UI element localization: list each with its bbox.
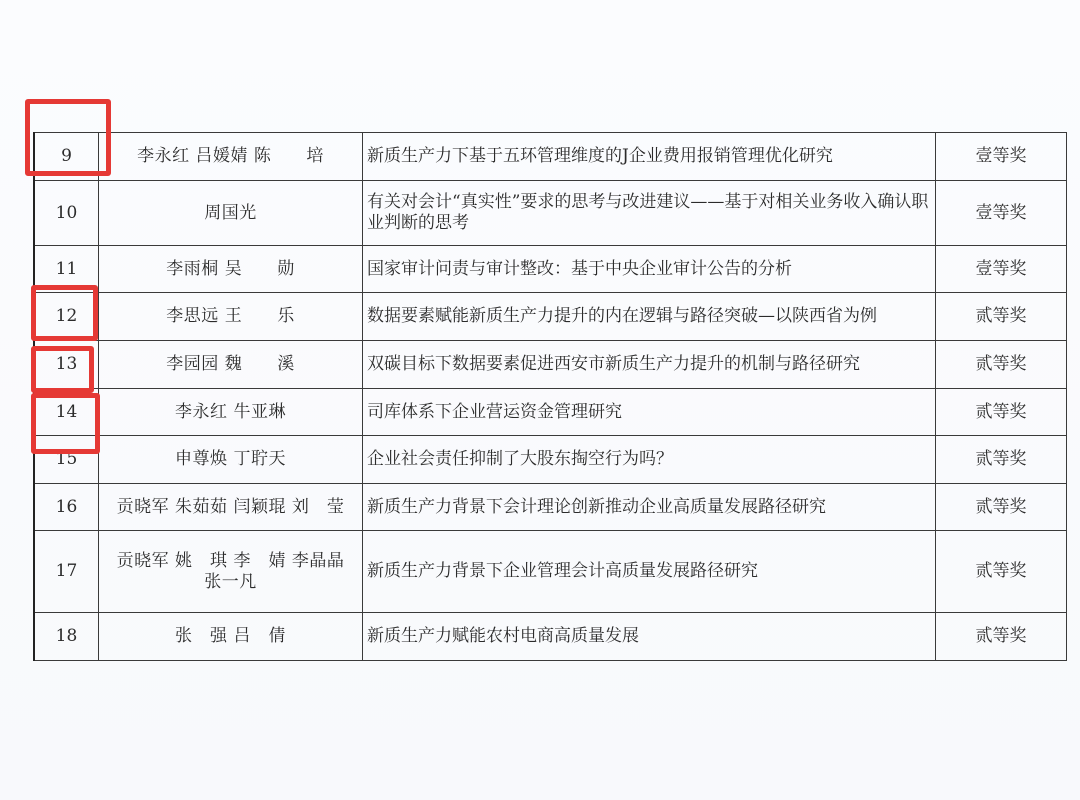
award-level: 贰等奖 [976, 402, 1027, 422]
author-names: 周国光 [99, 203, 362, 224]
row-number-cell: 18 [34, 613, 99, 661]
author-names: 李思远 王 乐 [99, 306, 362, 327]
row-number-cell: 16 [34, 484, 99, 531]
title-cell: 新质生产力下基于五环管理维度的J企业费用报销管理优化研究 [363, 133, 936, 181]
authors-cell: 周国光 [99, 181, 363, 246]
award-level: 壹等奖 [976, 146, 1027, 166]
table-row: 11 李雨桐 吴 勋 国家审计问责与审计整改：基于中央企业审计公告的分析 壹等奖 [34, 246, 1067, 293]
award-level: 贰等奖 [976, 626, 1027, 646]
author-names: 李雨桐 吴 勋 [99, 259, 362, 280]
paper-title: 新质生产力背景下会计理论创新推动企业高质量发展路径研究 [367, 497, 826, 517]
award-cell: 贰等奖 [936, 484, 1067, 531]
table-row: 9 李永红 吕媛婧 陈 培 新质生产力下基于五环管理维度的J企业费用报销管理优化… [34, 133, 1067, 181]
row-number: 11 [56, 259, 78, 279]
authors-cell: 李思远 王 乐 [99, 293, 363, 341]
row-number: 9 [61, 146, 72, 166]
authors-cell: 贡晓军 朱茹茹 闫颖琨 刘 莹 [99, 484, 363, 531]
paper-title: 国家审计问责与审计整改：基于中央企业审计公告的分析 [367, 259, 792, 279]
award-cell: 贰等奖 [936, 531, 1067, 613]
title-cell: 国家审计问责与审计整改：基于中央企业审计公告的分析 [363, 246, 936, 293]
award-level: 壹等奖 [976, 259, 1027, 279]
author-names: 张 强 吕 倩 [99, 626, 362, 647]
title-cell: 新质生产力背景下企业管理会计高质量发展路径研究 [363, 531, 936, 613]
title-cell: 司库体系下企业营运资金管理研究 [363, 389, 936, 436]
authors-cell: 李园园 魏 溪 [99, 341, 363, 389]
author-names: 李园园 魏 溪 [99, 354, 362, 375]
title-cell: 数据要素赋能新质生产力提升的内在逻辑与路径突破—以陕西省为例 [363, 293, 936, 341]
row-number-cell: 13 [34, 341, 99, 389]
award-cell: 贰等奖 [936, 389, 1067, 436]
table-row: 18 张 强 吕 倩 新质生产力赋能农村电商高质量发展 贰等奖 [34, 613, 1067, 661]
row-number: 18 [56, 626, 78, 646]
document-page: 9 李永红 吕媛婧 陈 培 新质生产力下基于五环管理维度的J企业费用报销管理优化… [0, 0, 1080, 800]
table-row: 15 申尊焕 丁聍天 企业社会责任抑制了大股东掏空行为吗？ 贰等奖 [34, 436, 1067, 484]
title-cell: 企业社会责任抑制了大股东掏空行为吗？ [363, 436, 936, 484]
award-level: 贰等奖 [976, 497, 1027, 517]
author-names: 贡晓军 姚 琪 李 婧 李晶晶 [99, 551, 362, 572]
award-cell: 壹等奖 [936, 133, 1067, 181]
author-names: 李永红 牛亚琳 [99, 402, 362, 423]
row-number: 13 [56, 354, 78, 374]
award-cell: 壹等奖 [936, 246, 1067, 293]
paper-title: 数据要素赋能新质生产力提升的内在逻辑与路径突破—以陕西省为例 [367, 306, 877, 326]
award-cell: 贰等奖 [936, 436, 1067, 484]
row-number-cell: 11 [34, 246, 99, 293]
author-names: 张一凡 [99, 572, 362, 593]
authors-cell: 申尊焕 丁聍天 [99, 436, 363, 484]
paper-title: 双碳目标下数据要素促进西安市新质生产力提升的机制与路径研究 [367, 354, 860, 374]
award-cell: 贰等奖 [936, 341, 1067, 389]
table-row: 13 李园园 魏 溪 双碳目标下数据要素促进西安市新质生产力提升的机制与路径研究… [34, 341, 1067, 389]
row-number: 12 [56, 306, 78, 326]
author-names: 李永红 吕媛婧 陈 培 [99, 146, 362, 167]
row-number: 16 [56, 497, 78, 517]
author-names: 贡晓军 朱茹茹 闫颖琨 刘 莹 [99, 497, 362, 518]
title-cell: 有关对会计“真实性”要求的思考与改进建议——基于对相关业务收入确认职业判断的思考 [363, 181, 936, 246]
award-level: 贰等奖 [976, 306, 1027, 326]
authors-cell: 李永红 吕媛婧 陈 培 [99, 133, 363, 181]
row-number-cell: 15 [34, 436, 99, 484]
title-cell: 新质生产力赋能农村电商高质量发展 [363, 613, 936, 661]
title-cell: 双碳目标下数据要素促进西安市新质生产力提升的机制与路径研究 [363, 341, 936, 389]
paper-title: 新质生产力下基于五环管理维度的J企业费用报销管理优化研究 [367, 146, 833, 166]
award-level: 壹等奖 [976, 203, 1027, 223]
paper-title: 新质生产力赋能农村电商高质量发展 [367, 626, 639, 646]
paper-title: 新质生产力背景下企业管理会计高质量发展路径研究 [367, 561, 758, 581]
award-level: 贰等奖 [976, 449, 1027, 469]
table-row: 12 李思远 王 乐 数据要素赋能新质生产力提升的内在逻辑与路径突破—以陕西省为… [34, 293, 1067, 341]
title-cell: 新质生产力背景下会计理论创新推动企业高质量发展路径研究 [363, 484, 936, 531]
row-number-cell: 14 [34, 389, 99, 436]
row-number-cell: 12 [34, 293, 99, 341]
table-row: 16 贡晓军 朱茹茹 闫颖琨 刘 莹 新质生产力背景下会计理论创新推动企业高质量… [34, 484, 1067, 531]
authors-cell: 李雨桐 吴 勋 [99, 246, 363, 293]
row-number: 17 [56, 561, 78, 581]
row-number-cell: 9 [34, 133, 99, 181]
paper-title: 司库体系下企业营运资金管理研究 [367, 402, 622, 422]
row-number: 14 [56, 402, 78, 422]
row-number: 10 [56, 203, 78, 223]
authors-cell: 张 强 吕 倩 [99, 613, 363, 661]
awards-table: 9 李永红 吕媛婧 陈 培 新质生产力下基于五环管理维度的J企业费用报销管理优化… [33, 132, 1067, 661]
awards-table-body: 9 李永红 吕媛婧 陈 培 新质生产力下基于五环管理维度的J企业费用报销管理优化… [34, 133, 1067, 661]
table-row: 14 李永红 牛亚琳 司库体系下企业营运资金管理研究 贰等奖 [34, 389, 1067, 436]
paper-title: 企业社会责任抑制了大股东掏空行为吗？ [367, 449, 673, 469]
row-number-cell: 10 [34, 181, 99, 246]
paper-title: 有关对会计“真实性”要求的思考与改进建议——基于对相关业务收入确认职业判断的思考 [367, 192, 928, 233]
award-cell: 壹等奖 [936, 181, 1067, 246]
authors-cell: 李永红 牛亚琳 [99, 389, 363, 436]
award-cell: 贰等奖 [936, 613, 1067, 661]
authors-cell: 贡晓军 姚 琪 李 婧 李晶晶张一凡 [99, 531, 363, 613]
row-number-cell: 17 [34, 531, 99, 613]
award-cell: 贰等奖 [936, 293, 1067, 341]
award-level: 贰等奖 [976, 561, 1027, 581]
award-level: 贰等奖 [976, 354, 1027, 374]
table-row: 17 贡晓军 姚 琪 李 婧 李晶晶张一凡 新质生产力背景下企业管理会计高质量发… [34, 531, 1067, 613]
row-number: 15 [56, 449, 78, 469]
author-names: 申尊焕 丁聍天 [99, 449, 362, 470]
table-row: 10 周国光 有关对会计“真实性”要求的思考与改进建议——基于对相关业务收入确认… [34, 181, 1067, 246]
